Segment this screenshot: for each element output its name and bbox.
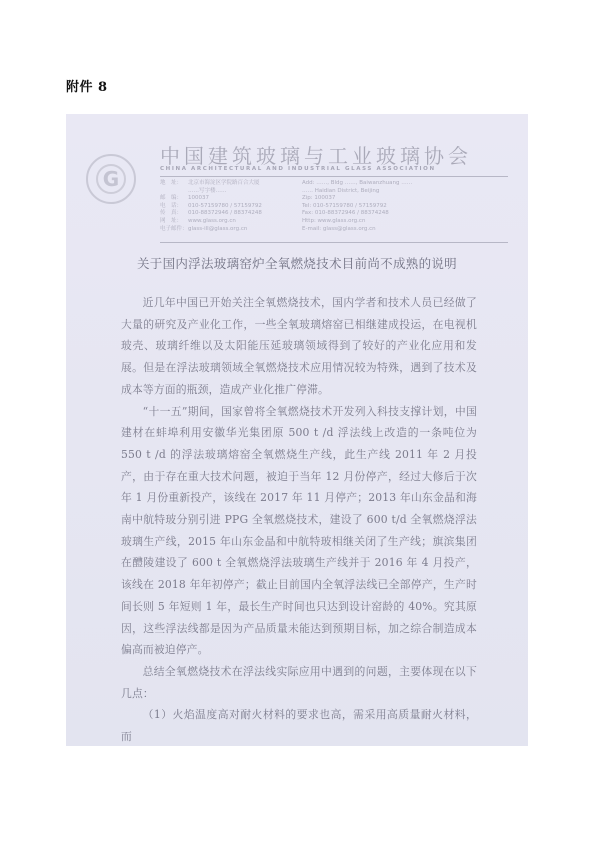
paragraph: （1）火焰温度高对耐火材料的要求也高，需采用高质量耐火材料，而 bbox=[121, 704, 477, 747]
contact-row: 电子邮件：glass-ill@glass.org.cn bbox=[160, 226, 262, 234]
contact-row: 邮 编：100037 bbox=[160, 195, 262, 203]
letterhead-bottom-divider bbox=[160, 242, 508, 243]
paragraph: “十一五”期间，国家曾将全氧燃烧技术开发列入科技支撑计划，中国建材在蚌埠利用安徽… bbox=[121, 401, 477, 661]
document-title: 关于国内浮法玻璃窑炉全氧燃烧技术目前尚不成熟的说明 bbox=[66, 254, 528, 272]
association-logo-icon: G bbox=[86, 154, 136, 204]
contact-row: Fax: 010-88372946 / 88374248 bbox=[302, 210, 412, 218]
contact-row: 网 址：www.glass.org.cn bbox=[160, 218, 262, 226]
contact-info-english: Add: ……, Bldg ……, Baiwanzhuang …… …… Hai… bbox=[302, 180, 412, 233]
contact-info-chinese: 地 址：北京市海淀区学院路百合大厦 ……写字楼…… 邮 编：100037 电 话… bbox=[160, 180, 262, 233]
org-name-chinese: 中国建筑玻璃与工业玻璃协会 bbox=[160, 140, 472, 169]
paragraph: 近几年中国已开始关注全氧燃烧技术，国内学者和技术人员已经做了大量的研究及产业化工… bbox=[121, 292, 477, 401]
org-name-english: CHINA ARCHITECTURAL AND INDUSTRIAL GLASS… bbox=[160, 166, 436, 172]
attachment-label: 附件 8 bbox=[66, 76, 108, 95]
contact-row: 传 真：010-88372946 / 88374248 bbox=[160, 210, 262, 218]
contact-row: …… Haidian District, Beijing bbox=[302, 188, 412, 196]
contact-row: E-mail: glass@glass.org.cn bbox=[302, 226, 412, 234]
contact-row: Zip: 100037 bbox=[302, 195, 412, 203]
contact-row: Tel: 010-57159780 / 57159792 bbox=[302, 203, 412, 211]
document-body: 近几年中国已开始关注全氧燃烧技术，国内学者和技术人员已经做了大量的研究及产业化工… bbox=[121, 292, 477, 748]
scanned-letter-page: G 中国建筑玻璃与工业玻璃协会 CHINA ARCHITECTURAL AND … bbox=[66, 114, 528, 746]
paragraph: 总结全氧燃烧技术在浮法线实际应用中遇到的问题，主要体现在以下几点： bbox=[121, 661, 477, 704]
letterhead-divider bbox=[160, 176, 508, 177]
contact-row: Http: www.glass.org.cn bbox=[302, 218, 412, 226]
contact-row: Add: ……, Bldg ……, Baiwanzhuang …… bbox=[302, 180, 412, 188]
contact-row: 地 址：北京市海淀区学院路百合大厦 bbox=[160, 180, 262, 188]
